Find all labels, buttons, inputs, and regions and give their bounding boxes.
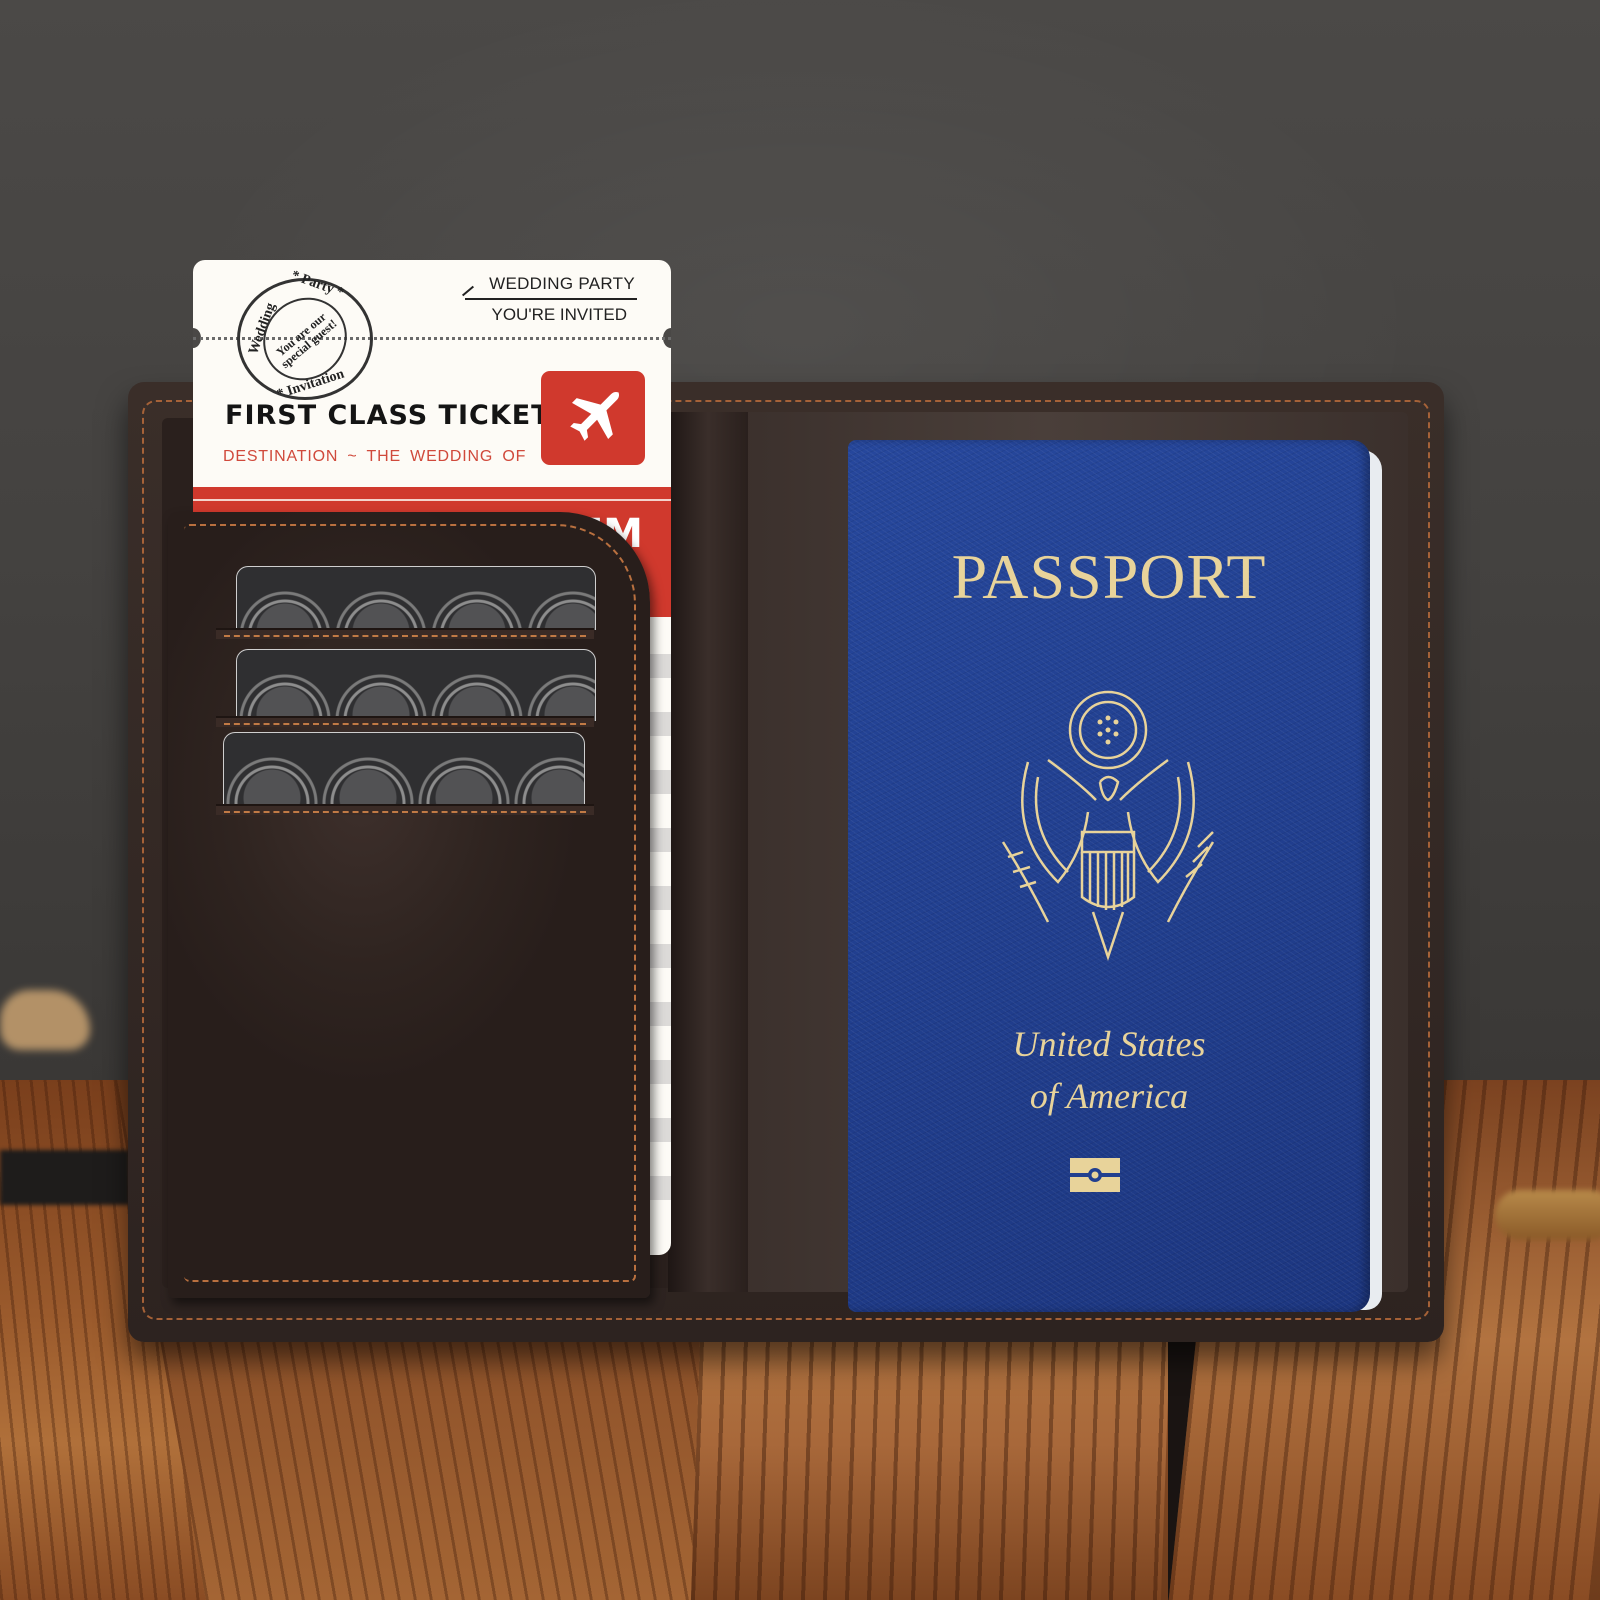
airplane-icon — [541, 371, 645, 465]
decor-line — [465, 298, 637, 300]
blurred-leather-piece — [0, 1150, 130, 1205]
passport-title: PASSPORT — [848, 540, 1370, 614]
passport-country: United States of America — [848, 1018, 1370, 1122]
wedding-party-text: WEDDING PARTY — [489, 274, 635, 294]
us-passport: PASSPORT — [848, 440, 1370, 1312]
card — [223, 732, 585, 808]
biometric-chip-icon — [1070, 1158, 1120, 1192]
decor-line — [462, 286, 474, 297]
blurred-tool-handle — [1495, 1190, 1600, 1240]
product-photo-scene: WEDDING PARTY YOU'RE INVITED * Party * W… — [0, 0, 1600, 1600]
stamp-ring-text: * Party * — [289, 268, 346, 302]
great-seal-icon — [988, 682, 1228, 962]
card-slot — [216, 628, 594, 639]
card — [236, 649, 596, 721]
card-slot — [216, 804, 594, 815]
ticket-subtitle: DESTINATION ~ THE WEDDING OF — [223, 448, 526, 466]
youre-invited-text: YOU'RE INVITED — [492, 305, 628, 325]
card — [236, 566, 596, 630]
band-line — [193, 499, 671, 501]
ticket-title: FIRST CLASS TICKET — [225, 400, 551, 431]
invitation-stamp: * Party * Wedding * Invitation You are o… — [237, 278, 373, 400]
country-line-1: United States — [848, 1018, 1370, 1070]
country-line-2: of America — [848, 1070, 1370, 1122]
card-slot — [216, 716, 594, 727]
